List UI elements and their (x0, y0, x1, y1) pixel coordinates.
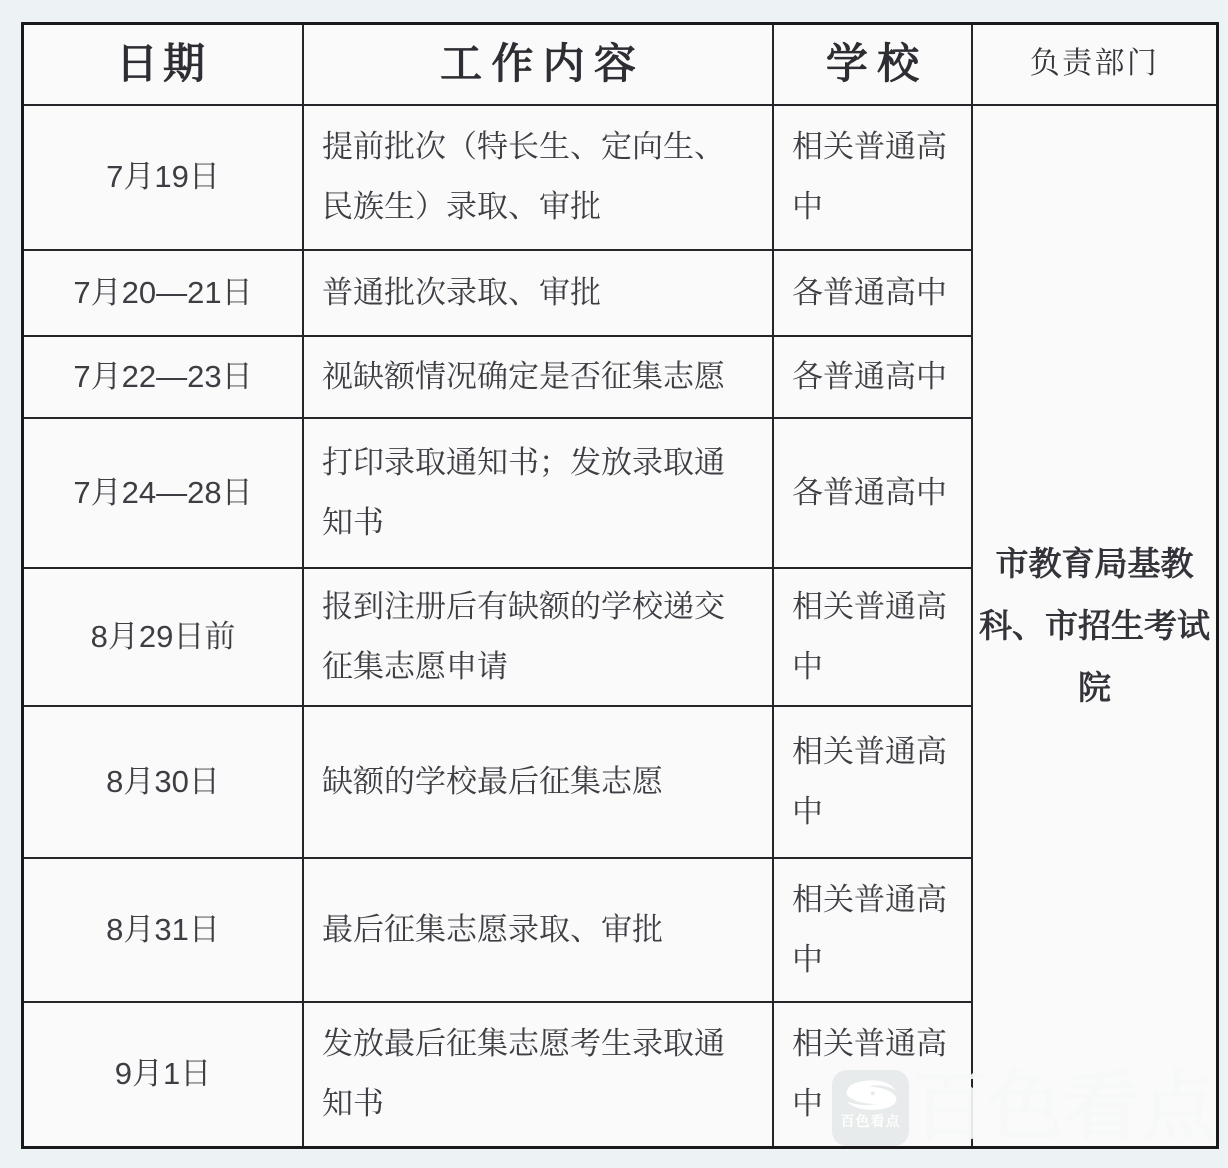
date-cell: 8月31日 (23, 858, 304, 1002)
header-row: 日期 工作内容 学校 负责部门 (23, 24, 1218, 105)
table-row: 7月19日 提前批次（特长生、定向生、 民族生）录取、审批 相关普通高 中 市教… (23, 105, 1218, 250)
school-cell: 相关普通高 中 (773, 858, 972, 1002)
header-department: 负责部门 (972, 24, 1218, 105)
watermark-text: 百色看点 (912, 1068, 1216, 1148)
school-cell: 各普通高中 (773, 336, 972, 418)
content-cell: 最后征集志愿录取、审批 (303, 858, 773, 1002)
header-school: 学校 (773, 24, 972, 105)
date-cell: 8月29日前 (23, 568, 304, 706)
content-cell: 视缺额情况确定是否征集志愿 (303, 336, 773, 418)
department-cell: 市教育局基教 科、市招生考试 院 (972, 105, 1218, 1148)
content-cell: 打印录取通知书；发放录取通 知书 (303, 418, 773, 568)
school-cell: 相关普通高 中 (773, 105, 972, 250)
header-content: 工作内容 (303, 24, 773, 105)
school-cell: 各普通高中 (773, 250, 972, 336)
content-cell: 提前批次（特长生、定向生、 民族生）录取、审批 (303, 105, 773, 250)
date-cell: 9月1日 (23, 1002, 304, 1148)
watermark-logo: 百色看点 (832, 1070, 909, 1146)
date-cell: 7月24—28日 (23, 418, 304, 568)
content-cell: 缺额的学校最后征集志愿 (303, 706, 773, 858)
schedule-table: 日期 工作内容 学校 负责部门 7月19日 提前批次（特长生、定向生、 民族生）… (21, 22, 1219, 1149)
content-cell: 普通批次录取、审批 (303, 250, 773, 336)
school-cell: 各普通高中 (773, 418, 972, 568)
date-cell: 8月30日 (23, 706, 304, 858)
school-cell: 相关普通高 中 (773, 568, 972, 706)
admission-schedule: 日期 工作内容 学校 负责部门 7月19日 提前批次（特长生、定向生、 民族生）… (21, 22, 1219, 1149)
content-cell: 报到注册后有缺额的学校递交 征集志愿申请 (303, 568, 773, 706)
swirl-icon (842, 1077, 900, 1111)
school-cell: 相关普通高 中 (773, 706, 972, 858)
date-cell: 7月22—23日 (23, 336, 304, 418)
date-cell: 7月20—21日 (23, 250, 304, 336)
date-cell: 7月19日 (23, 105, 304, 250)
header-date: 日期 (23, 24, 304, 105)
watermark-logo-label: 百色看点 (841, 1113, 901, 1129)
content-cell: 发放最后征集志愿考生录取通 知书 (303, 1002, 773, 1148)
